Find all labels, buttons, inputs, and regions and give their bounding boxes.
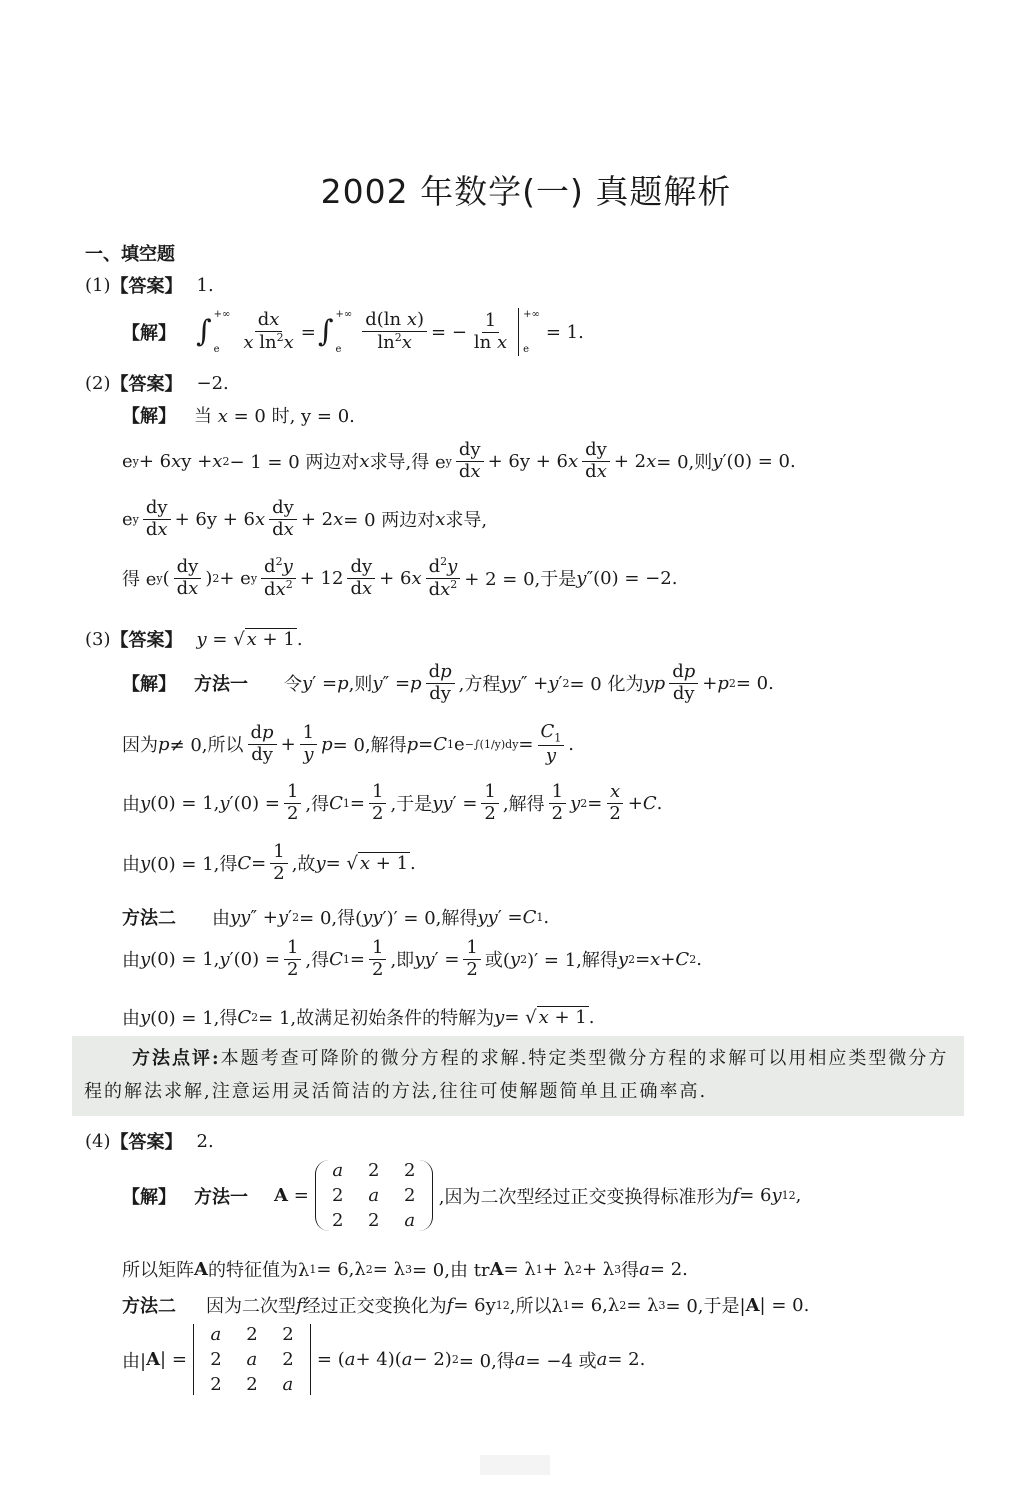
q4-answer: 2. (197, 1131, 214, 1152)
solution-label: 【解】 (122, 319, 176, 345)
q2-line-4: 得 ey(dydx)2 + ey d2ydx2 + 12 dydx + 6x d… (122, 556, 677, 600)
matrix-A: a22 2a2 22a (315, 1160, 433, 1231)
method-comment-box: 方法点评:本题考查可降阶的微分方程的求解.特定类型微分方程的求解可以用相应类型微… (72, 1036, 964, 1116)
q1-number: (1) (85, 275, 111, 296)
q3-line-6: 由 y(0) = 1, y′(0) = 12,得 C1 = 12,即 yy′ =… (122, 938, 702, 980)
q4-method1-line: 【解】 方法一 A = a22 2a2 22a ,因为二次型经过正交变换得标准形… (122, 1160, 801, 1231)
q4-number: (4) (85, 1131, 111, 1152)
answer-label: 【答案】 (111, 626, 183, 652)
method1-label: 方法一 (194, 670, 248, 696)
q3-answer-line: (3) 【答案】 y = √x + 1. (85, 626, 303, 652)
q2-answer-line: (2) 【答案】 −2. (85, 370, 229, 396)
q4-line-2: 所以矩阵 A 的特征值为λ1 = 6,λ2 = λ3 = 0,由 tr A = … (122, 1256, 688, 1282)
q2-line-2: ey + 6xy + x2 − 1 = 0 两边对 x 求导,得 ey dydx… (122, 440, 796, 482)
determinant-A: a22 2a2 22a (193, 1324, 311, 1395)
solution-label: 【解】 (122, 670, 176, 696)
page-footer-mark (480, 1455, 550, 1475)
solution-label: 【解】 (122, 1183, 176, 1209)
q3-number: (3) (85, 629, 111, 650)
q3-method2-line: 方法二 由 yy″ + y′2 = 0,得(yy′)′ = 0,解得 yy′ =… (122, 904, 549, 930)
q3-method1-line: 【解】 方法一 令 y′ = p,则 y″ = p dpdy,方程 yy″ + … (122, 662, 774, 704)
q1-answer-line: (1) 【答案】 1. (85, 272, 214, 298)
q3-line-4: 由 y(0) = 1,得 C = 12,故 y = √x + 1. (122, 842, 416, 884)
page-title: 2002 年数学(一) 真题解析 (0, 166, 1032, 213)
solution-label: 【解】 (122, 402, 176, 428)
method1-label: 方法一 (194, 1183, 248, 1209)
q2-answer: −2. (197, 373, 229, 394)
q3-line-2: 因为 p ≠ 0,所以dpdy + 1yp = 0,解得 p = C1e−∫(1… (122, 722, 574, 767)
answer-label: 【答案】 (111, 272, 183, 298)
q3-line-3: 由 y(0) = 1, y′(0) = 12,得 C1 = 12,于是 yy′ … (122, 782, 662, 824)
q2-number: (2) (85, 373, 111, 394)
q2-line-3: ey dydx + 6y + 6x dydx + 2x = 0 两边对 x 求导… (122, 498, 487, 540)
q2-solution-line: 【解】 当 x = 0 时, y = 0. (122, 402, 355, 428)
section-heading: 一、填空题 (85, 240, 175, 266)
q1-answer: 1. (197, 275, 214, 296)
answer-label: 【答案】 (111, 370, 183, 396)
method2-label: 方法二 (122, 1292, 176, 1318)
q4-answer-line: (4) 【答案】 2. (85, 1128, 214, 1154)
q4-line-4: 由|A| = a22 2a2 22a = (a + 4)(a − 2)2 = 0… (122, 1324, 645, 1395)
method2-label: 方法二 (122, 904, 176, 930)
comment-label: 方法点评: (132, 1048, 221, 1069)
q4-method2-line: 方法二 因为二次型 f 经过正交变换化为 f = 6y12,所以λ1 = 6,λ… (122, 1292, 809, 1318)
q1-solution-line: 【解】 ∫+∞e dxx ln2x = ∫+∞e d(ln x)ln2x = −… (122, 308, 584, 356)
answer-label: 【答案】 (111, 1128, 183, 1154)
q3-line-7: 由 y(0) = 1,得 C2 = 1,故满足初始条件的特解为 y = √x +… (122, 1004, 594, 1030)
